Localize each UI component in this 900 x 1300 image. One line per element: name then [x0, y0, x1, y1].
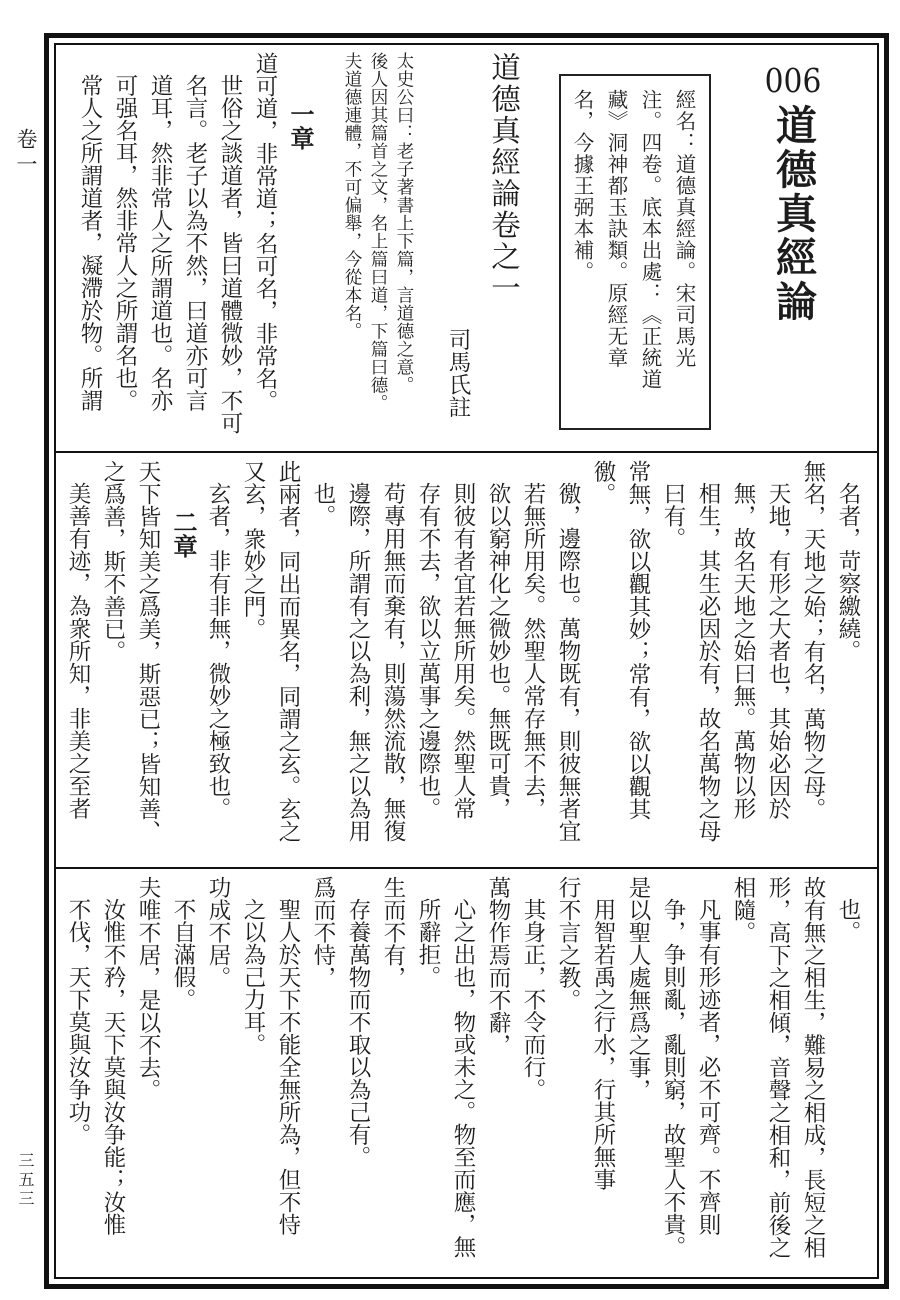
title-block: 006 道德真經論 [755, 64, 831, 324]
text-column: 之以為己力耳。 [235, 898, 270, 1056]
colophon-column: 注。四卷。底本出處：《正統道 [633, 89, 667, 390]
colophon-column: 經名：道德真經論。宋司馬光 [667, 89, 701, 369]
text-column: 聖人於天下不能全無所為，但不恃 [270, 898, 305, 1236]
text-column: 相隨。 [725, 876, 760, 944]
colophon-column: 名，今據王弼本補。 [565, 89, 599, 283]
text-column: 也。 [830, 898, 865, 943]
text-column: 是以聖人處無爲之事， [620, 876, 655, 1101]
preface-column: 夫道德連體，不可偏舉，今從本名。 [339, 52, 365, 340]
text-column: 玄者，非有非無，微妙之極致也。 [200, 482, 235, 820]
text-column: 形，高下之相傾，音聲之相和，前後之 [760, 876, 795, 1259]
text-column: 邊際，所謂有之以為利，無之以為用 [340, 482, 375, 842]
text-column: 道可道，非常道；名可名，非常名。 [247, 52, 282, 412]
text-column: 欲以窮神化之微妙也。無既可貴， [480, 482, 515, 820]
text-column: 存養萬物而不取以為己有。 [340, 898, 375, 1168]
bottom-band: 也。故有無之相生，難易之相成，長短之相形，高下之相傾，音聲之相和，前後之相隨。凡… [56, 869, 877, 1277]
text-column: 用智若禹之行水，行其所無事 [585, 898, 620, 1191]
text-column: 存有不去，欲以立萬事之邊際也。 [410, 482, 445, 820]
text-column: 徼，邊際也。萬物既有，則彼無者宜 [550, 482, 585, 842]
text-column-heading: 一章 [282, 102, 317, 150]
text-column: 世俗之談道者，皆曰道體微妙，不可 [212, 74, 247, 434]
text-column: 名者，苛察繳繞。 [830, 482, 865, 662]
text-column: 則彼有者宜若無所用矣。然聖人常 [445, 482, 480, 820]
page-title: 道德真經論 [771, 104, 815, 324]
text-column: 若無所用矣。然聖人常存無不去， [515, 482, 550, 820]
page-number: 三五三 [14, 1152, 36, 1209]
text-column: 不伐，天下莫與汝争功。 [60, 898, 95, 1146]
text-column: 徼。 [585, 460, 620, 505]
text-column: 凡事有形迹者，必不可齊。不齊則 [690, 898, 725, 1236]
text-column: 無名，天地之始；有名，萬物之母。 [795, 460, 830, 820]
scanned-book-page: { "colors": { "ink": "#1c1c1c", "paper":… [0, 0, 900, 1300]
text-column: 又玄，衆妙之門。 [235, 460, 270, 640]
text-column: 爲而不恃， [305, 876, 340, 989]
text-column: 萬物作焉而不辭， [480, 876, 515, 1056]
text-column: 無，故名天地之始曰無。萬物以形 [725, 482, 760, 820]
text-column: 汝惟不矜，天下莫與汝争能；汝惟 [95, 898, 130, 1236]
middle-band: 名者，苛察繳繞。無名，天地之始；有名，萬物之母。天地，有形之大者也，其始必因於無… [56, 453, 877, 867]
preface-column: 後人因其篇首之文，名上篇曰道，下篇曰德。 [365, 52, 391, 412]
text-column: 不自滿假。 [165, 898, 200, 1011]
preface-note: 太史公曰：老子著書上下篇，言道德之意。後人因其篇首之文，名上篇曰道，下篇曰德。夫… [339, 52, 417, 412]
spine-volume-text: 卷一 [14, 128, 38, 178]
folio-number: 006 [765, 64, 822, 98]
text-column: 争，争則亂，亂則窮，故聖人不貴。 [655, 898, 690, 1258]
text-column: 美善有迹，為衆所知，非美之至者 [60, 482, 95, 820]
text-column: 天下皆知美之爲美，斯惡已；皆知善、 [130, 460, 165, 843]
text-column: 曰有。 [655, 482, 690, 550]
text-column: 也。 [305, 482, 340, 527]
text-column: 道耳，然非常人之所謂道也。名亦 [142, 74, 177, 412]
text-column: 功成不居。 [200, 876, 235, 989]
text-column: 可强名耳，然非常人之所謂名也。 [107, 74, 142, 412]
page-frame-inner: 006 道德真經論 經名：道德真經論。宋司馬光注。四卷。底本出處：《正統道藏》洞… [54, 43, 879, 1279]
text-column: 天地，有形之大者也，其始必因於 [760, 482, 795, 820]
text-column: 行不言之教。 [550, 876, 585, 1011]
text-column: 常人之所謂道者，凝滯於物。所謂 [72, 74, 107, 412]
colophon-column: 藏》洞神都玉訣類。原經无章 [599, 89, 633, 369]
text-column: 夫唯不居，是以不去。 [130, 876, 165, 1101]
text-column: 所辭拒。 [410, 898, 445, 988]
text-column: 心之出也，物或未之。物至而應，無 [445, 898, 480, 1258]
text-column: 常無，欲以觀其妙；常有，欲以觀其 [620, 460, 655, 820]
volume-title: 道德真經論卷之一 [481, 52, 527, 304]
top-band: 006 道德真經論 經名：道德真經論。宋司馬光注。四卷。底本出處：《正統道藏》洞… [56, 45, 877, 451]
text-column: 生而不有， [375, 876, 410, 989]
text-column: 其身正，不令而行。 [515, 898, 550, 1101]
author-attribution: 司馬氏註 [441, 328, 475, 418]
page-frame-outer: 006 道德真經論 經名：道德真經論。宋司馬光注。四卷。底本出處：《正統道藏》洞… [44, 33, 889, 1289]
colophon-box: 經名：道德真經論。宋司馬光注。四卷。底本出處：《正統道藏》洞神都玉訣類。原經无章… [559, 74, 711, 430]
top-band-text: 一章道可道，非常道；名可名，非常名。世俗之談道者，皆曰道體微妙，不可名言。老子以… [72, 52, 339, 451]
text-column: 名言。老子以為不然，曰道亦可言 [177, 74, 212, 412]
text-column: 相生，其生必因於有，故名萬物之母 [690, 482, 725, 842]
text-column: 之爲善，斯不善已。 [95, 460, 130, 663]
text-column: 此兩者，同出而異名，同謂之玄。玄之 [270, 460, 305, 843]
text-column: 故有無之相生，難易之相成，長短之相 [795, 876, 830, 1259]
preface-column: 太史公曰：老子著書上下篇，言道德之意。 [391, 52, 417, 394]
text-column: 苟專用無而棄有，則蕩然流散，無復 [375, 482, 410, 842]
text-column-heading: 二章 [165, 510, 200, 558]
